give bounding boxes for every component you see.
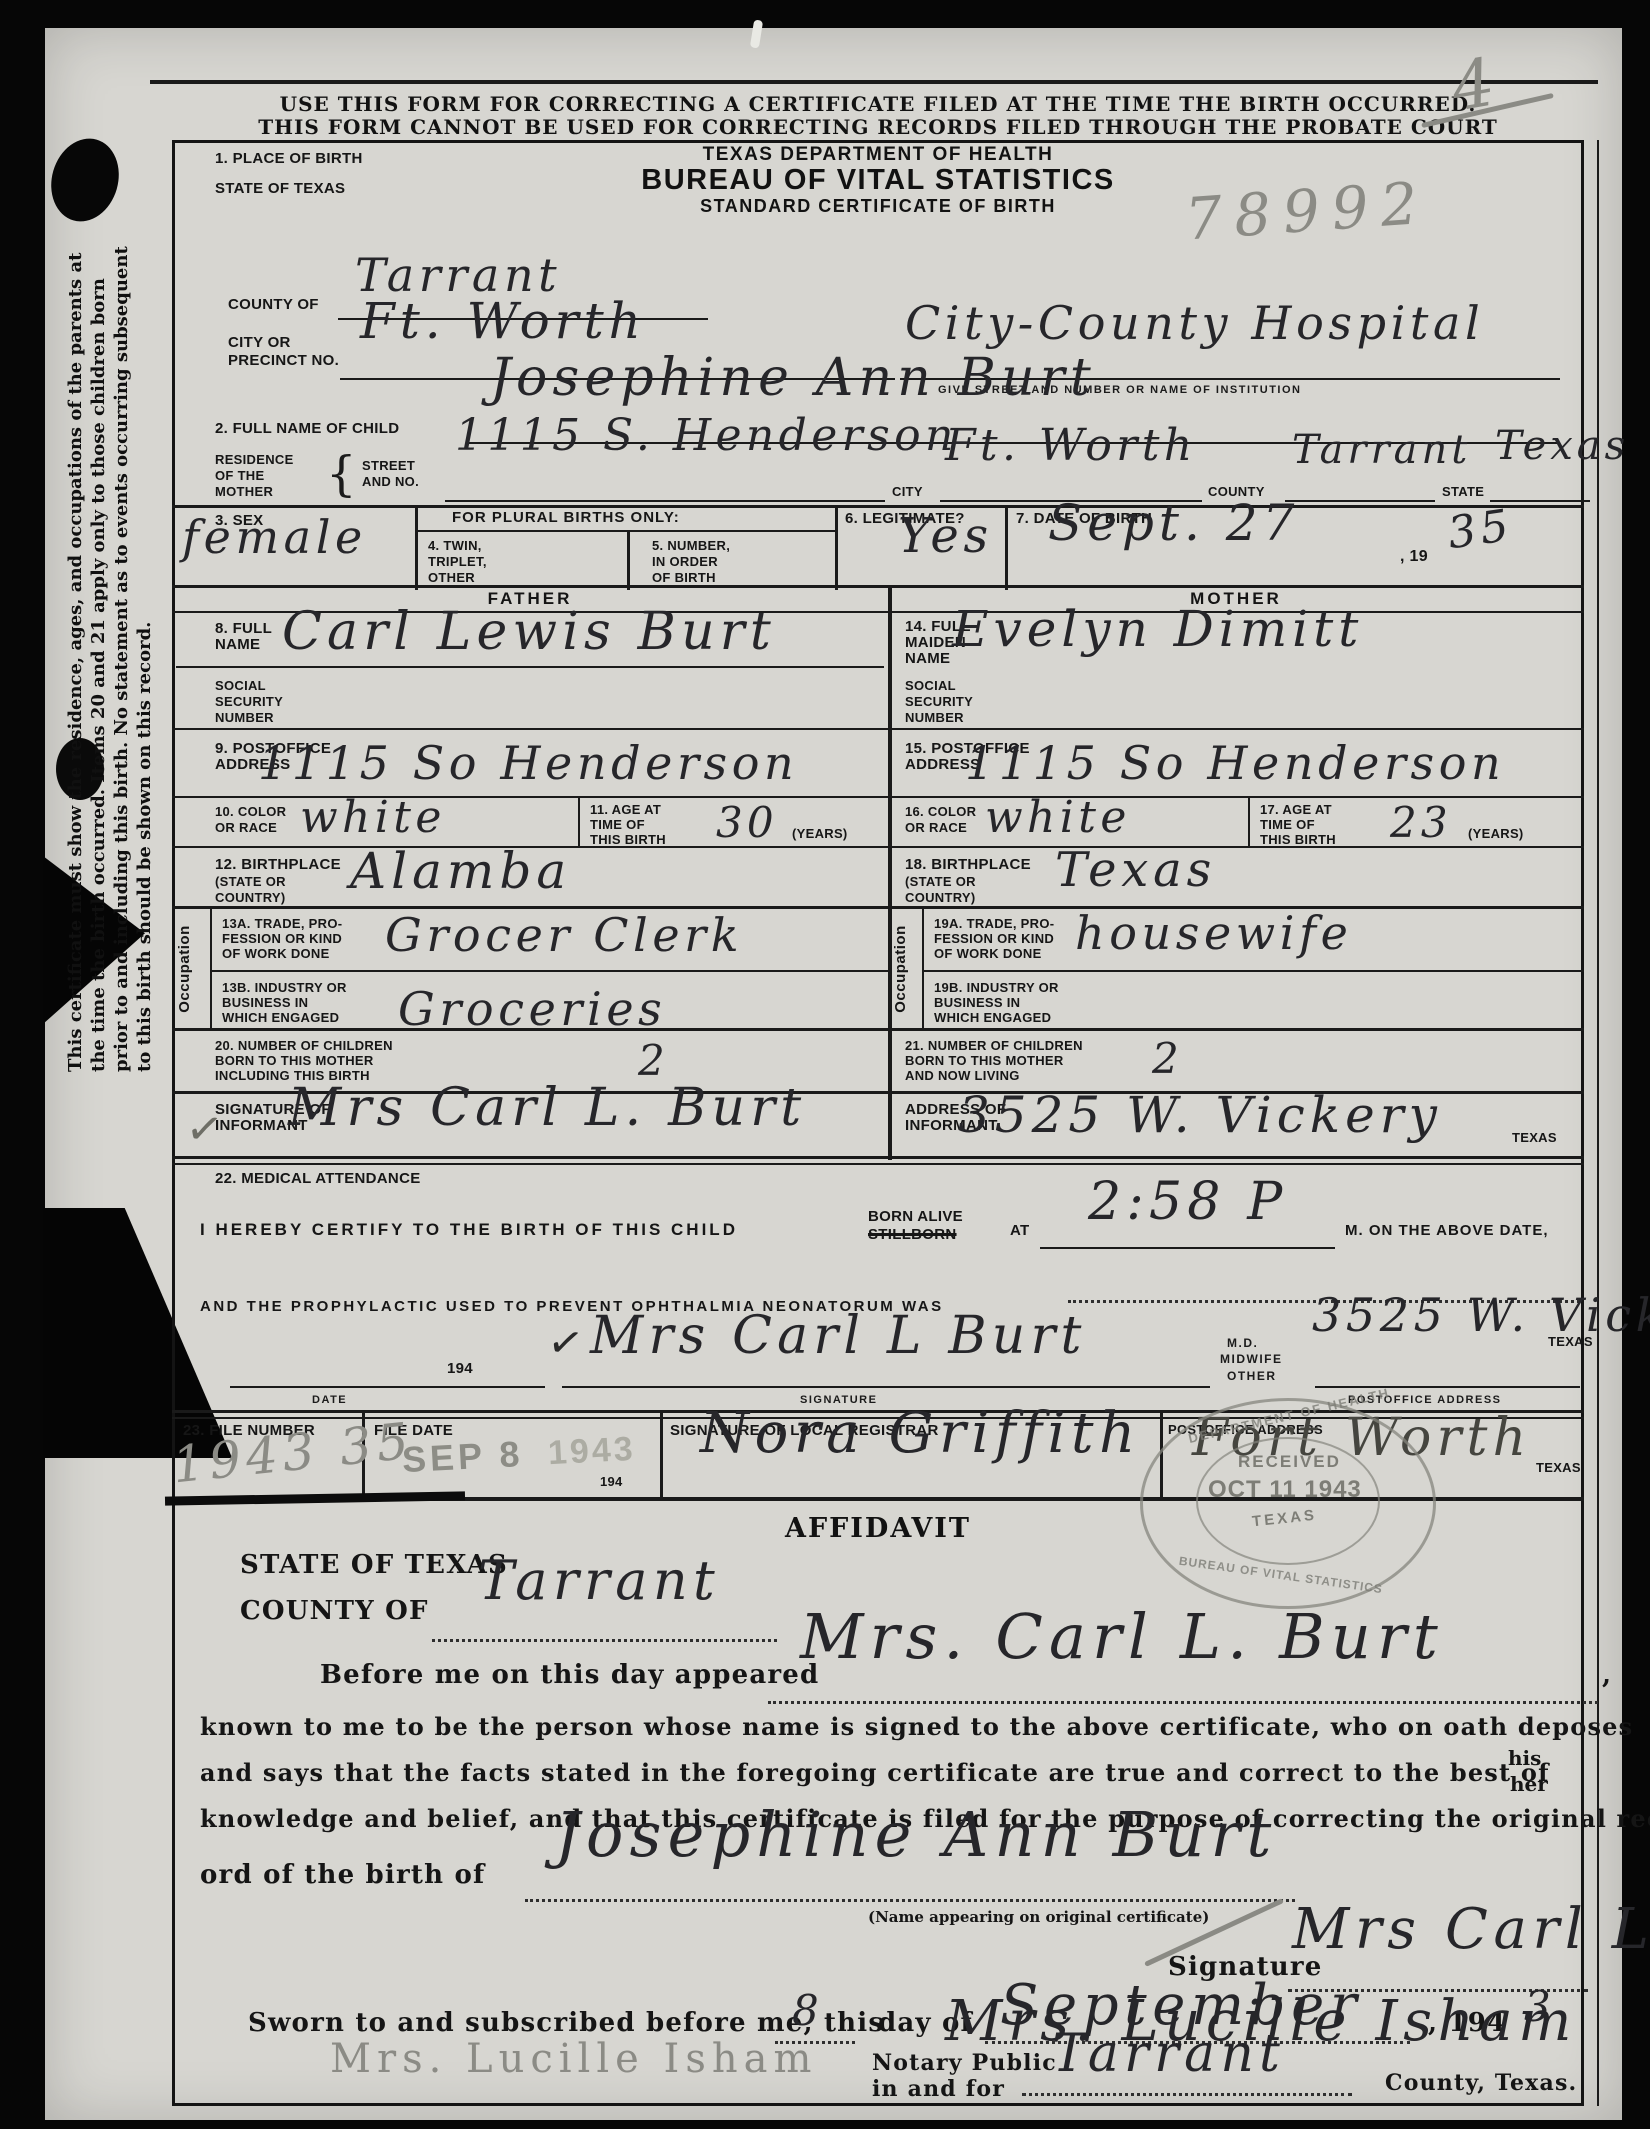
her-label: her [1510, 1772, 1548, 1796]
certify-text: I HEREBY CERTIFY TO THE BIRTH OF THIS CH… [200, 1220, 738, 1240]
number-label-2: IN ORDER [652, 554, 718, 569]
father-trade-line [210, 970, 888, 972]
notary-county-line [1022, 2093, 1352, 2096]
twin-label-1: 4. TWIN, [428, 538, 482, 553]
sex-cell-divider [415, 505, 418, 590]
mother-name-value: Evelyn Dimitt [952, 604, 1363, 654]
residence-state-value: Texas [1495, 426, 1629, 466]
margin-instructions: This certificate must show the residence… [64, 188, 160, 1072]
occ-bottom-line [172, 1028, 1584, 1031]
mother-trade-label-1: 19A. TRADE, PRO- [934, 916, 1054, 931]
sworn-label: Sworn to and subscribed before me, this [248, 2008, 884, 2038]
mother-ssn-label-1: SOCIAL [905, 678, 956, 693]
twin-label-2: TRIPLET, [428, 554, 487, 569]
street-label-1: STREET [362, 458, 415, 473]
children-mother-label-1: 21. NUMBER OF CHILDREN [905, 1038, 1083, 1053]
appeared-label: Before me on this day appeared [320, 1660, 819, 1690]
father-po-value: 1115 So Henderson [258, 740, 798, 786]
mother-age-value: 23 [1390, 802, 1452, 844]
legitimate-divider [835, 505, 838, 590]
time-line [1040, 1247, 1335, 1249]
med-state-label: TEXAS [1548, 1334, 1593, 1349]
notice-line-1: USE THIS FORM FOR CORRECTING A CERTIFICA… [172, 92, 1584, 116]
med-address-value: 3525 W. Vickery [1312, 1292, 1650, 1338]
legitimate-value: Yes [898, 512, 993, 560]
father-name-line [176, 666, 884, 668]
med-date-line [230, 1386, 545, 1388]
plural-header: FOR PLURAL BIRTHS ONLY: [452, 509, 680, 527]
mother-name-label-3: NAME [905, 650, 950, 668]
filing-year-printed: 194 [600, 1474, 623, 1489]
sex-value: female [182, 514, 367, 560]
filing-divider-2 [660, 1412, 663, 1500]
filing-state-label: TEXAS [1536, 1460, 1581, 1475]
notary-public-label: Notary Public [872, 2050, 1057, 2076]
father-race-value: white [300, 796, 446, 840]
birth-name-line [525, 1899, 1295, 1902]
street-value: 1115 S. Henderson [455, 414, 958, 458]
mother-years-label: (YEARS) [1468, 826, 1524, 841]
mother-occ-divider [922, 908, 924, 1030]
mother-po-value: 1115 So Henderson [965, 740, 1505, 786]
mother-trade-label-2: FESSION OR KIND [934, 931, 1054, 946]
children-father-label-1: 20. NUMBER OF CHILDREN [215, 1038, 393, 1053]
father-race-label-1: 10. COLOR [215, 804, 286, 819]
father-age-label-2: TIME OF [590, 817, 645, 832]
dob-year-value: 35 [1445, 504, 1515, 557]
on-date-label: M. ON THE ABOVE DATE, [1345, 1222, 1549, 1240]
informant-state-label: TEXAS [1512, 1130, 1557, 1145]
his-label: his [1508, 1746, 1541, 1770]
med-year-printed: 194 [447, 1360, 473, 1378]
appeared-line [768, 1701, 1598, 1704]
child-name-value: Josephine Ann Burt [490, 352, 1096, 404]
affidavit-county-line [432, 1639, 777, 1642]
father-industry-label-2: BUSINESS IN [222, 995, 308, 1010]
file-date-stamp: SEP 8 [401, 1433, 524, 1481]
notary-name-pencil: Mrs. Lucille Isham [330, 2036, 817, 2082]
med-date-caption: DATE [312, 1394, 347, 1406]
in-and-for-label: in and for [872, 2076, 1005, 2102]
children-mother-label-2: BORN TO THIS MOTHER [905, 1053, 1064, 1068]
residence-label-1: RESIDENCE [215, 452, 294, 467]
street-label-2: AND NO. [362, 474, 419, 489]
children-mother-count: 2 [1152, 1038, 1183, 1080]
informant-address-value: 3525 W. Vickery [958, 1090, 1442, 1140]
residence-city-label: CITY [892, 484, 923, 499]
plural-mid-divider [627, 530, 630, 590]
mother-race-value: white [985, 796, 1131, 840]
affidavit-line-4: ord of the birth of [200, 1860, 485, 1890]
informant-row-line-b [172, 1163, 1584, 1165]
affidavit-signature-value: Mrs Carl L. Burt [1292, 1902, 1650, 1958]
father-age-value: 30 [716, 802, 778, 844]
dept-title: TEXAS DEPARTMENT OF HEALTH [172, 144, 1584, 166]
mother-age-divider [1248, 798, 1250, 848]
father-trade-value: Grocer Clerk [385, 912, 743, 958]
affidavit-county-label: COUNTY OF [240, 1596, 429, 1626]
children-father-label-2: BORN TO THIS MOTHER [215, 1053, 374, 1068]
mother-industry-label-1: 19B. INDUSTRY OR [934, 980, 1059, 995]
mother-trade-value: housewife [1075, 910, 1353, 956]
midwife-label: MIDWIFE [1220, 1352, 1283, 1366]
father-race-label-2: OR RACE [215, 820, 277, 835]
mother-ssn-label-2: SECURITY [905, 694, 973, 709]
margin-line-2: the time the birth occurred. Items 20 an… [87, 188, 110, 1072]
med-po-line [1315, 1386, 1580, 1388]
father-age-divider [578, 798, 580, 848]
scanned-birth-certificate: USE THIS FORM FOR CORRECTING A CERTIFICA… [0, 0, 1650, 2129]
county-of-label: COUNTY OF [228, 296, 319, 314]
institution-value: City-County Hospital [905, 300, 1484, 346]
street-line [445, 500, 885, 502]
father-occ-divider [210, 908, 212, 1030]
informant-checkmark: ✓ [183, 1102, 227, 1158]
received-stamp-received: RECEIVED [1238, 1452, 1341, 1472]
mother-bp-label-2: (STATE OR [905, 874, 976, 889]
sex-row-top-line [172, 505, 1584, 508]
father-ssn-label-1: SOCIAL [215, 678, 266, 693]
residence-label-3: MOTHER [215, 484, 273, 499]
born-alive-label: BORN ALIVE [868, 1208, 963, 1226]
children-father-count: 2 [638, 1040, 669, 1082]
mother-occupation-rotated-label: Occupation [892, 908, 922, 1030]
bp-row-line [172, 906, 1584, 909]
father-bp-value: Alamba [350, 846, 571, 896]
affidavit-line-2: and says that the facts stated in the fo… [200, 1758, 1550, 1787]
father-years-label: (YEARS) [792, 826, 848, 841]
parent-column-divider [888, 585, 892, 1160]
informant-signature-value: Mrs Carl L. Burt [288, 1082, 806, 1134]
mother-trade-line [922, 970, 1584, 972]
children-mother-label-3: AND NOW LIVING [905, 1068, 1020, 1083]
affidavit-birth-name: Josephine Ann Burt [555, 1804, 1277, 1866]
med-sig-line [562, 1386, 1210, 1388]
mother-trade-label-3: OF WORK DONE [934, 946, 1042, 961]
number-label-1: 5. NUMBER, [652, 538, 730, 553]
residence-county-line [1285, 500, 1435, 502]
dob-year-printed: , 19 [1400, 548, 1428, 567]
stillborn-label: STILLBORN [868, 1226, 957, 1244]
city-or-label: CITY OR [228, 334, 291, 352]
mother-bp-label-1: 18. BIRTHPLACE [905, 856, 1031, 874]
father-bp-label-1: 12. BIRTHPLACE [215, 856, 341, 874]
mother-industry-label-3: WHICH ENGAGED [934, 1010, 1051, 1025]
appeared-comma: , [1602, 1660, 1612, 1690]
father-occupation-rotated-label: Occupation [176, 908, 206, 1030]
top-rule [150, 80, 1598, 84]
affidavit-line-1: known to me to be the person whose name … [200, 1712, 1633, 1741]
medical-section-label: 22. MEDICAL ATTENDANCE [215, 1170, 421, 1188]
mother-race-label-1: 16. COLOR [905, 804, 976, 819]
mother-bp-value: Texas [1055, 846, 1216, 894]
mother-ssn-label-3: NUMBER [905, 710, 964, 725]
child-name-label: 2. FULL NAME OF CHILD [215, 420, 399, 438]
father-name-label-2: NAME [215, 636, 260, 654]
mother-age-label-1: 17. AGE AT [1260, 802, 1332, 817]
residence-brace: { [326, 446, 357, 502]
notice-line-2: THIS FORM CANNOT BE USED FOR CORRECTING … [172, 115, 1584, 139]
father-trade-label-1: 13A. TRADE, PRO- [222, 916, 342, 931]
father-age-label-1: 11. AGE AT [590, 802, 661, 817]
mother-age-label-2: TIME OF [1260, 817, 1315, 832]
affidavit-title: AFFIDAVIT [172, 1513, 1584, 1544]
twin-label-3: OTHER [428, 570, 475, 585]
notary-county-value: Tarrant [1052, 2028, 1285, 2080]
father-name-value: Carl Lewis Burt [282, 606, 776, 658]
father-ssn-label-3: NUMBER [215, 710, 274, 725]
precinct-no-label: PRECINCT NO. [228, 352, 339, 370]
file-date-stamp-year: 1943 [547, 1430, 637, 1474]
margin-line-4: to this birth should be shown on this re… [133, 188, 156, 1072]
residence-label-2: OF THE [215, 468, 264, 483]
dob-value: Sept. 27 [1048, 498, 1299, 548]
father-ssn-label-2: SECURITY [215, 694, 283, 709]
informant-row-line-a [172, 1156, 1584, 1159]
father-industry-label-1: 13B. INDUSTRY OR [222, 980, 347, 995]
ssn-row-line [172, 728, 1584, 730]
residence-city-value: Ft. Worth [945, 424, 1197, 468]
margin-line-1: This certificate must show the residence… [64, 188, 87, 1072]
father-bp-label-3: COUNTRY) [215, 890, 286, 905]
plural-header-line [415, 530, 835, 532]
father-industry-value: Groceries [398, 986, 666, 1032]
med-signature-value: Mrs Carl L Burt [590, 1310, 1087, 1362]
affidavit-county-value: Tarrant [478, 1554, 720, 1608]
father-trade-label-3: OF WORK DONE [222, 946, 330, 961]
received-stamp-date: OCT 11 1943 [1208, 1476, 1362, 1504]
at-label: AT [1010, 1222, 1029, 1240]
pencil-serial-number: 78992 [1183, 174, 1431, 249]
residence-county-value: Tarrant [1292, 430, 1471, 470]
birth-time-value: 2:58 P [1088, 1176, 1288, 1228]
mother-industry-label-2: BUSINESS IN [934, 995, 1020, 1010]
md-label: M.D. [1227, 1336, 1258, 1350]
mother-bp-label-3: COUNTRY) [905, 890, 976, 905]
county-texas-label: County, Texas. [1385, 2070, 1577, 2096]
margin-line-3: prior to and including this birth. No st… [110, 188, 133, 1072]
dob-divider [1005, 505, 1008, 590]
father-trade-label-2: FESSION OR KIND [222, 931, 342, 946]
other-label: OTHER [1227, 1369, 1277, 1383]
appeared-value: Mrs. Carl L. Burt [800, 1606, 1444, 1668]
father-industry-label-3: WHICH ENGAGED [222, 1010, 339, 1025]
number-label-3: OF BIRTH [652, 570, 716, 585]
sworn-day-value: 8 [792, 1990, 823, 2032]
band-top-line [172, 585, 1584, 588]
mother-age-label-3: THIS BIRTH [1260, 832, 1336, 847]
mother-race-label-2: OR RACE [905, 820, 967, 835]
name-caption: (Name appearing on original certificate) [868, 1908, 1209, 1926]
registrar-signature-value: Nora Griffith [700, 1406, 1141, 1462]
father-bp-label-2: (STATE OR [215, 874, 286, 889]
city-value: Ft. Worth [360, 296, 646, 346]
affidavit-state: STATE OF TEXAS [240, 1550, 508, 1580]
residence-state-label: STATE [1442, 484, 1484, 499]
